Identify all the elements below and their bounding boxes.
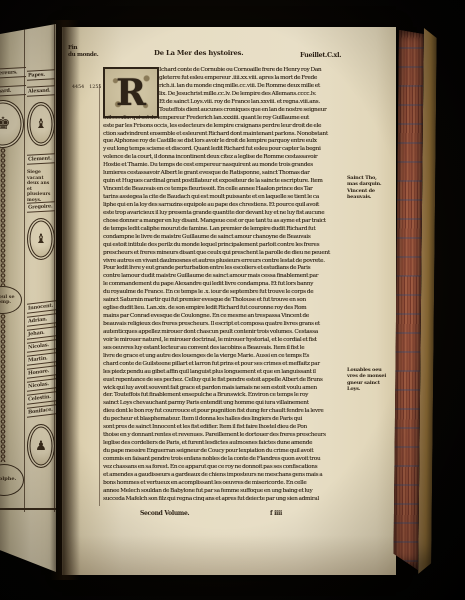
text-line: der. Touteffois fut finablement ensepulc… [103,392,344,400]
label-line: comp. [0,300,15,306]
book-page: Findu monde. De La Mer des hystoires. Fu… [62,27,396,575]
text-line: que Alphonse roy de Castille se dist lor… [103,138,344,146]
text-line: du pape messire Enguerran seigneur de Co… [103,448,344,456]
text-line: du pecheur et blasphemateur. Item il don… [103,416,344,424]
emperor-portrait-icon: ♚ [0,114,11,134]
text-line: rich.ii. lan du monde cinq mille.cc.viii… [103,83,344,91]
text-line: sainct Loys chevauchant parmy Paris ente… [103,400,344,408]
pope-portrait-icon: ♝ [35,232,47,247]
margin-note-line: Loys. [347,386,393,392]
text-line: annee Melech souldan de Babylone fut par… [103,488,344,496]
volume-footer: Second Volume. [140,510,189,517]
text-line: Hostie et Thamie. Du temps de cest emper… [103,162,344,170]
margin-note-saint-louis: Louables oeuvres de monseigneur sainctLo… [347,367,393,393]
emperor-label-richard: Richard. [0,85,26,97]
text-line: contre lamour dudit maistre Guillaume de… [103,273,344,281]
text-line: este trop avaricieux il luy presenta gra… [103,210,344,218]
text-line: sont pres de sainct Innocent et les fist… [103,424,344,432]
text-line: liphe qui en la loy des sarrazins equipo… [103,202,344,210]
text-line: bons hommes et vertueux en acomplissant … [103,480,344,488]
emperor-medallion: ♚ [0,100,24,148]
text-line: wick qui luy avoit souvent fait grace et… [103,385,344,393]
emperor-label-raoul: Raoul secomp. [0,286,22,314]
margin-rule [99,84,100,506]
facing-page-strip: Empereurs. Richard. ♚ Raoul secomp. Adol… [0,24,56,572]
text-line: vez chassans en sa forest. En ce apparut… [103,464,344,472]
text-line: y eut long temps scisme et discord. Quan… [103,146,344,154]
emperors-column-header: Empereurs. [0,67,26,79]
text-line: Touteffois dient aucunes croniques que e… [103,107,344,115]
book-gutter [50,20,80,580]
text-line: qui estoit intitule des perilz du monde … [103,242,344,250]
body-text: Ichard conte de Cornubie ou Cornoaille f… [103,67,344,504]
text-line: vivre autres en vivant daulmosnes et aut… [103,258,344,266]
border-rule [0,508,56,510]
text-line: Et de sainct Loys.viii. roy de France la… [103,99,344,107]
text-line: mains par Conrad evesque de Coulongne. E… [103,313,344,321]
body-text-main: mil.cc.xlix. qui est de lempereur Freder… [103,115,344,504]
emperor-label-adolphe: Adolphe. [0,464,24,496]
pope-portrait-icon: ♝ [35,117,47,132]
genealogy-chain [0,148,6,286]
text-line: prescheurs et freres mineurs disant que … [103,250,344,258]
text-line: dieu dont le bon roy fut courrouce et po… [103,408,344,416]
text-line: mil.cc.xlix. qui est de lempereur Freder… [103,115,344,123]
text-line: et amendes a gaudisseurs a gardeaux de c… [103,472,344,480]
text-line: lumieres cestassavoir Albert le grant ev… [103,170,344,178]
text-line: condampne le livre de maistre Guillaume … [103,234,344,242]
folio-number: Fueillet.C.xl. [300,51,341,59]
text-line: thoise en y donnant rentes et revenues. … [103,432,344,440]
text-line: les piedz pendu au gibet affin quil lang… [103,369,344,377]
text-line: leglise des cordeliers de Paris, et fure… [103,440,344,448]
text-line: lix. De Jesuchrist mille.cc.lv. De lempi… [103,91,344,99]
text-line: autenticques appellez mirouer dont chasc… [103,329,344,337]
text-line: beauvais religieux des freres prescheurs… [103,321,344,329]
text-line: succeda Mafelch son filz qui regna cinq … [103,496,344,504]
margin-note-thomas-aquinas: Sainct Tho,mas darquin.Vincent debeauvai… [347,175,393,201]
text-line: este par les Frisons occis, les eslecteu… [103,123,344,131]
text-line: commis en faisant pendre trois enfans no… [103,456,344,464]
text-line: Ichard conte de Cornubie ou Cornoaille f… [103,67,344,75]
text-line: voir le mirouer naturel, le mirouer doct… [103,337,344,345]
body-text-indented: Ichard conte de Cornubie ou Cornoaille f… [103,67,344,115]
text-line: le commandement du pape Alexandre qui le… [103,281,344,289]
text-line: gleterre fut esleu empereur .iiii.xx.vii… [103,75,344,83]
text-line: Vincent de Beauvais en ce temps fleuriss… [103,186,344,194]
page-shadow [62,535,396,575]
running-head-title: De La Mer des hystoires. [154,49,243,57]
text-line: eust repentance de ses pechez. Celluy qu… [103,377,344,385]
signature-mark: f iiii [270,510,282,517]
text-line: tarins assiegea la cite de Baudach qui e… [103,194,344,202]
pope-portrait-icon: ♟ [35,439,47,454]
text-line: Pour ledit livre y eut grande perturbati… [103,265,344,273]
text-line: eglise dudit lieu. Lan.xix. de son empir… [103,305,344,313]
text-line: du royaulme de France. En ce temps le .x… [103,289,344,297]
book-photo: Empereurs. Richard. ♚ Raoul secomp. Adol… [0,0,465,600]
text-line: ses oeuvres luy estant lecteur au conven… [103,345,344,353]
column-divider [24,24,25,512]
text-line: quin et Hugues cardinal grant postillate… [103,178,344,186]
text-line: ction sadvindrent ensemble et esleurent … [103,131,344,139]
text-line: volence de la court, il donna incontinen… [103,154,344,162]
genealogy-chain [0,314,6,462]
text-line: sainct Saturnin martir qui fut premier e… [103,297,344,305]
text-line: livre de grace et ung autre des louenges… [103,353,344,361]
text-line: de temps ledit caliphe mourut de famine.… [103,226,344,234]
margin-note-line: beauvais. [347,194,393,200]
text-line: chose donner a manger en luy disant. Man… [103,218,344,226]
text-line: chard conte de Guilsteene pillart et lar… [103,361,344,369]
